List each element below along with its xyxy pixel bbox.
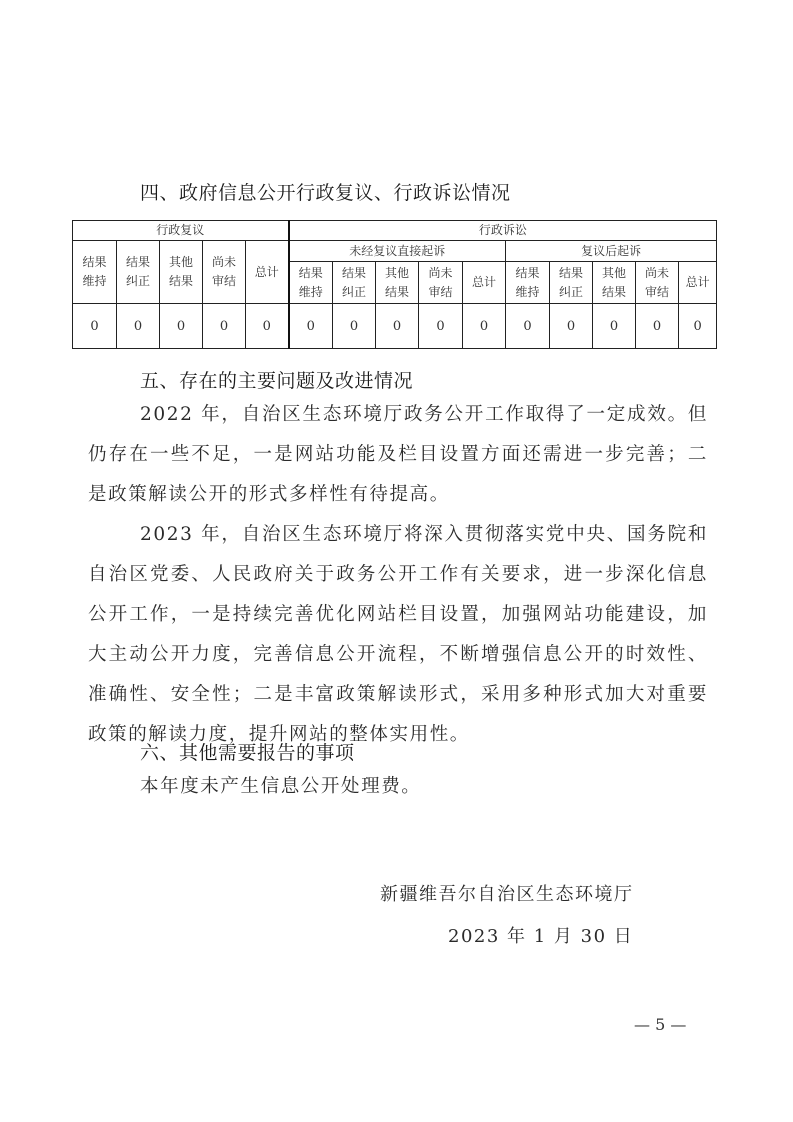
cell-review-other: 0	[160, 304, 203, 349]
cell-after-upheld: 0	[506, 304, 550, 349]
section-4-heading: 四、政府信息公开行政复议、行政诉讼情况	[140, 178, 511, 205]
header-after-pending: 尚未审结	[636, 262, 679, 304]
page-number: — 5 —	[634, 1015, 686, 1034]
cell-after-other: 0	[593, 304, 636, 349]
signature-organization: 新疆维吾尔自治区生态环境厅	[380, 880, 634, 906]
header-admin-review: 行政复议	[73, 221, 289, 241]
section-6-paragraph-1: 本年度未产生信息公开处理费。	[88, 767, 708, 807]
header-direct-corrected: 结果纠正	[333, 262, 376, 304]
header-after-total: 总计	[679, 262, 717, 304]
header-review-total: 总计	[246, 241, 289, 304]
table-header-row-1: 行政复议 行政诉讼	[73, 221, 717, 241]
cell-direct-upheld: 0	[289, 304, 333, 349]
header-after-upheld: 结果维持	[506, 262, 550, 304]
header-review-upheld: 结果维持	[73, 241, 117, 304]
cell-direct-pending: 0	[419, 304, 463, 349]
review-litigation-table: 行政复议 行政诉讼 结果维持 结果纠正 其他结果 尚未审结 总计 未经复议直接起…	[72, 220, 717, 349]
table-row: 0 0 0 0 0 0 0 0 0 0 0 0 0 0 0	[73, 304, 717, 349]
cell-review-upheld: 0	[73, 304, 117, 349]
cell-review-corrected: 0	[117, 304, 160, 349]
cell-direct-other: 0	[376, 304, 419, 349]
table-header-row-2: 结果维持 结果纠正 其他结果 尚未审结 总计 未经复议直接起诉 复议后起诉	[73, 241, 717, 262]
header-direct-suit: 未经复议直接起诉	[289, 241, 506, 262]
signature-date: 2023 年 1 月 30 日	[448, 922, 633, 948]
header-review-pending: 尚未审结	[203, 241, 246, 304]
header-direct-other: 其他结果	[376, 262, 419, 304]
cell-review-total: 0	[246, 304, 289, 349]
header-after-review-suit: 复议后起诉	[506, 241, 717, 262]
header-review-corrected: 结果纠正	[117, 241, 160, 304]
header-admin-litigation: 行政诉讼	[289, 221, 717, 241]
header-after-other: 其他结果	[593, 262, 636, 304]
header-review-other: 其他结果	[160, 241, 203, 304]
header-after-corrected: 结果纠正	[550, 262, 593, 304]
section-5-heading: 五、存在的主要问题及改进情况	[140, 366, 413, 393]
cell-after-pending: 0	[636, 304, 679, 349]
cell-direct-total: 0	[463, 304, 506, 349]
cell-review-pending: 0	[203, 304, 246, 349]
header-direct-upheld: 结果维持	[289, 262, 333, 304]
cell-after-corrected: 0	[550, 304, 593, 349]
header-direct-total: 总计	[463, 262, 506, 304]
section-5-paragraph-2: 2023 年，自治区生态环境厅将深入贯彻落实党中央、国务院和自治区党委、人民政府…	[88, 515, 708, 755]
cell-direct-corrected: 0	[333, 304, 376, 349]
header-direct-pending: 尚未审结	[419, 262, 463, 304]
section-6-heading: 六、其他需要报告的事项	[140, 738, 355, 765]
cell-after-total: 0	[679, 304, 717, 349]
section-5-paragraph-1: 2022 年，自治区生态环境厅政务公开工作取得了一定成效。但仍存在一些不足，一是…	[88, 395, 708, 515]
